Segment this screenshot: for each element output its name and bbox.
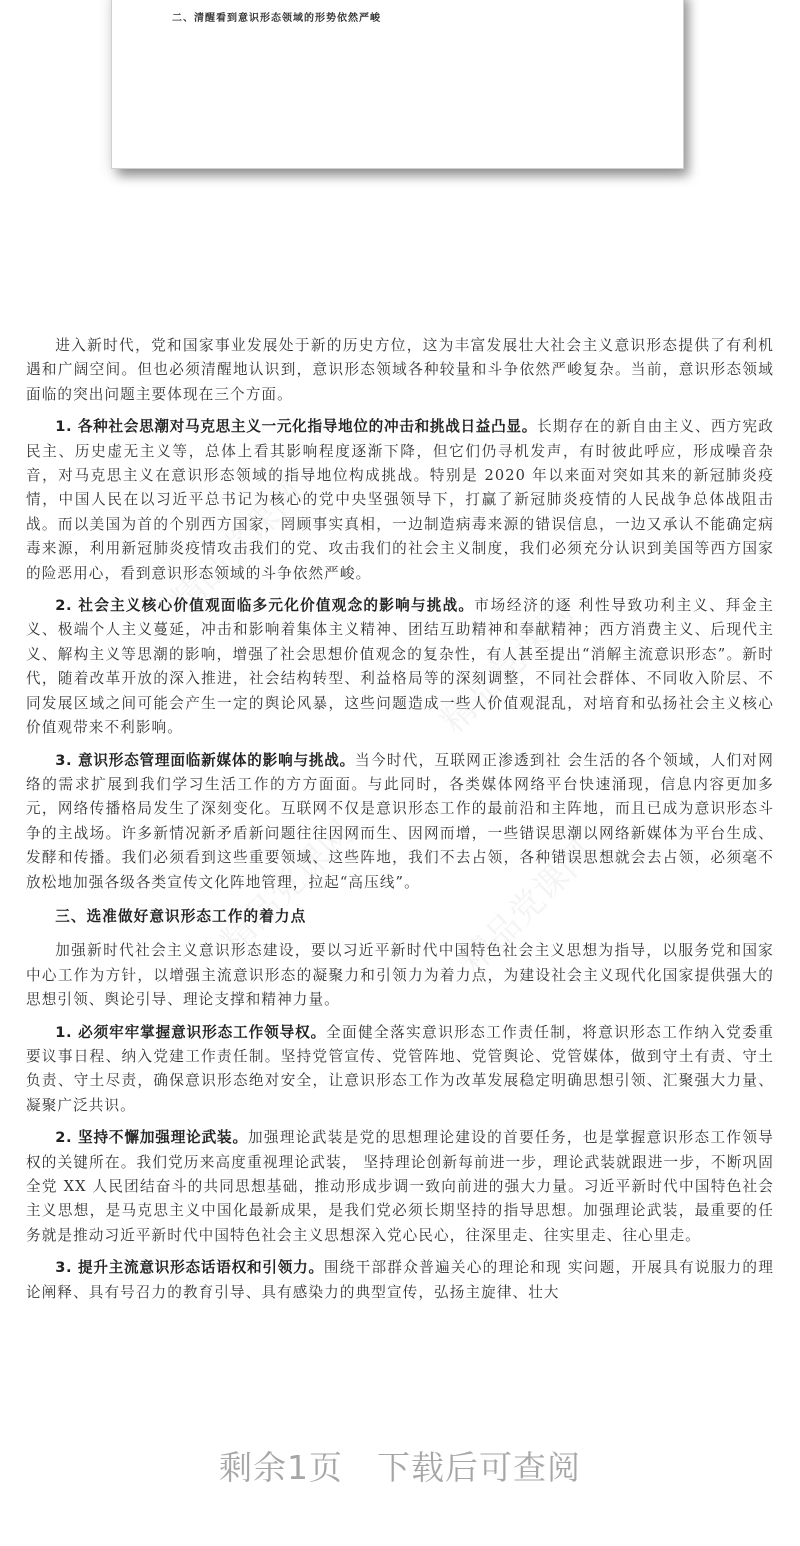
remaining-pages-label: 剩余1页 bbox=[219, 1442, 343, 1489]
point-lead: 3. 提升主流意识形态话语权和引领力。 bbox=[55, 1259, 324, 1276]
point-text: 市场经济的逐 利性导致功利主义、拜金主义、极端个人主义蔓延，冲击和影响着集体主义… bbox=[26, 597, 774, 736]
point-lead: 1. 各种社会思潮对马克思主义一元化指导地位的冲击和挑战日益凸显。 bbox=[55, 418, 537, 435]
preview-section-heading: 二、清醒看到意识形态领域的形势依然严峻 bbox=[172, 9, 381, 24]
download-to-view-label[interactable]: 下载后可查阅 bbox=[377, 1442, 581, 1489]
section-heading: 三、选准做好意识形态工作的着力点 bbox=[26, 905, 774, 929]
point-paragraph: 2. 坚持不懈加强理论武装。加强理论武装是党的思想理论建设的首要任务，也是掌握意… bbox=[26, 1126, 774, 1248]
document-page-preview: 二、清醒看到意识形态领域的形势依然严峻 bbox=[112, 0, 683, 168]
point-lead: 3. 意识形态管理面临新媒体的影响与挑战。 bbox=[55, 752, 355, 769]
point-paragraph: 3. 提升主流意识形态话语权和引领力。围绕干部群众普遍关心的理论和现 实问题，开… bbox=[26, 1256, 774, 1305]
point-text: 当今时代，互联网正渗透到社 会生活的各个领域，人们对网络的需求扩展到我们学习生活… bbox=[26, 752, 774, 891]
point-lead: 2. 社会主义核心价值观面临多元化价值观念的影响与挑战。 bbox=[55, 597, 474, 614]
intro-paragraph: 进入新时代，党和国家事业发展处于新的历史方位，这为丰富发展壮大社会主义意识形态提… bbox=[26, 334, 774, 407]
point-paragraph: 1. 必须牢牢掌握意识形态工作领导权。全面健全落实意识形态工作责任制，将意识形态… bbox=[26, 1021, 774, 1119]
download-to-view-banner[interactable]: 剩余1页下载后可查阅 bbox=[0, 1442, 800, 1489]
point-paragraph: 2. 社会主义核心价值观面临多元化价值观念的影响与挑战。市场经济的逐 利性导致功… bbox=[26, 594, 774, 740]
point-paragraph: 3. 意识形态管理面临新媒体的影响与挑战。当今时代，互联网正渗透到社 会生活的各… bbox=[26, 749, 774, 895]
point-text: 加强理论武装是党的思想理论建设的首要任务，也是掌握意识形态工作领导权的关键所在。… bbox=[26, 1129, 774, 1244]
point-lead: 1. 必须牢牢掌握意识形态工作领导权。 bbox=[55, 1024, 326, 1041]
section-intro-paragraph: 加强新时代社会主义意识形态建设，要以习近平新时代中国特色社会主义思想为指导，以服… bbox=[26, 939, 774, 1012]
point-lead: 2. 坚持不懈加强理论武装。 bbox=[55, 1129, 248, 1146]
point-text: 长期存在的新自由主义、西方宪政民主、历史虚无主义等，总体上看其影响程度逐渐下降，… bbox=[26, 418, 774, 581]
document-body: 进入新时代，党和国家事业发展处于新的历史方位，这为丰富发展壮大社会主义意识形态提… bbox=[26, 334, 774, 1313]
point-paragraph: 1. 各种社会思潮对马克思主义一元化指导地位的冲击和挑战日益凸显。长期存在的新自… bbox=[26, 415, 774, 586]
